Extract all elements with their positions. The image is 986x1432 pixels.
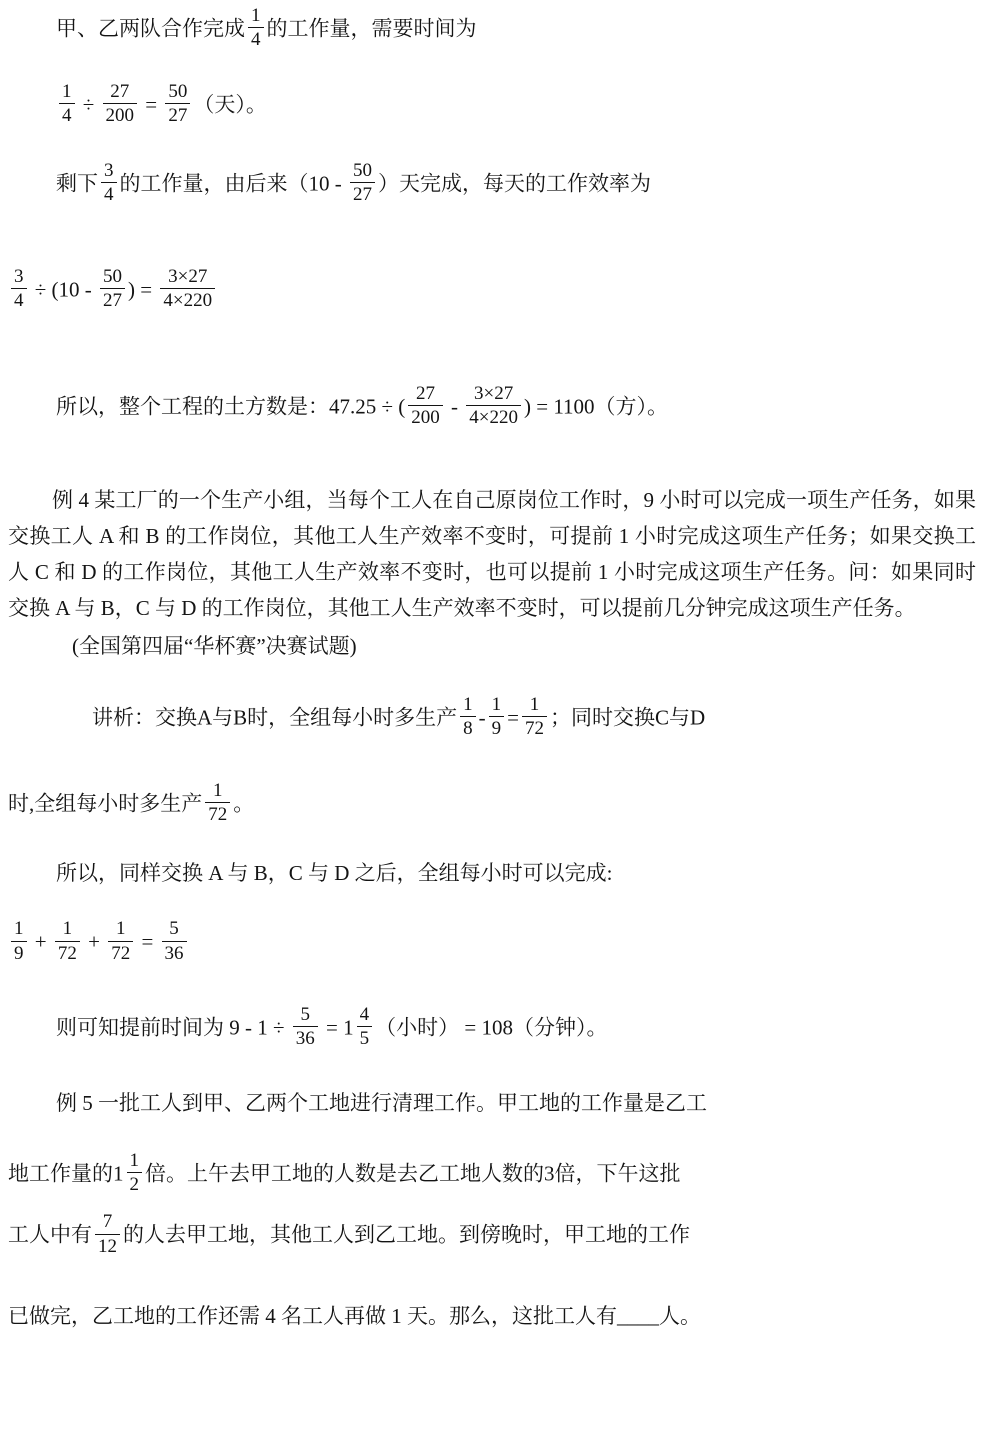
earthwork-total-line: 所以，整个工程的土方数是：47.25 ÷ (27200 - 3×274×220)… bbox=[8, 384, 978, 430]
text-run: 例 4 某工厂的一个生产小组，当每个工人在自己原岗位工作时，9 小时可以完成一项… bbox=[8, 488, 976, 620]
fraction-denominator: 12 bbox=[95, 1235, 120, 1257]
fraction-numerator: 1 bbox=[11, 918, 27, 941]
fraction-denominator: 9 bbox=[11, 942, 27, 964]
fraction-denominator: 4 bbox=[11, 289, 27, 311]
text-run: 时,全组每小时多生产 bbox=[8, 791, 202, 815]
remaining-work-line: 剩下34的工作量，由后来（10 - 5027）天完成，每天的工作效率为 bbox=[8, 161, 978, 207]
text-run: 的工作量，需要时间为 bbox=[267, 17, 477, 41]
fraction-numerator: 50 bbox=[165, 81, 190, 104]
text-run: 已做完，乙工地的工作还需 4 名工人再做 1 天。那么，这批工人有____人。 bbox=[8, 1304, 701, 1328]
fraction: 5027 bbox=[350, 160, 375, 206]
fraction-numerator: 1 bbox=[489, 694, 505, 717]
text-run: ；同时交换C与D bbox=[550, 706, 705, 730]
fraction-denominator: 27 bbox=[350, 183, 375, 205]
fraction: 45 bbox=[357, 1004, 373, 1050]
formula-daily-efficiency: 34 ÷ (10 - 5027) = 3×274×220 bbox=[8, 267, 978, 313]
fraction-numerator: 1 bbox=[248, 5, 264, 28]
fraction-numerator: 7 bbox=[95, 1211, 120, 1234]
text-run: = 1 bbox=[321, 1016, 354, 1040]
example-5-problem-line-2: 地工作量的112倍。上午去甲工地的人数是去乙工地人数的3倍，下午这批 bbox=[8, 1151, 978, 1197]
fraction: 34 bbox=[101, 160, 117, 206]
fraction-denominator: 36 bbox=[293, 1027, 318, 1049]
fraction-numerator: 3×27 bbox=[466, 383, 521, 406]
fraction: 536 bbox=[293, 1004, 318, 1050]
fraction-numerator: 1 bbox=[127, 1150, 143, 1173]
text-run: 则可知提前时间为 9 - 1 ÷ bbox=[56, 1016, 290, 1040]
example-5-problem-line-4: 已做完，乙工地的工作还需 4 名工人再做 1 天。那么，这批工人有____人。 bbox=[8, 1302, 978, 1330]
fraction-denominator: 4×220 bbox=[160, 289, 215, 311]
formula-hourly-rate-sum: 19 + 172 + 172 = 536 bbox=[8, 919, 978, 965]
fraction: 19 bbox=[11, 918, 27, 964]
text-run: ÷ (10 - bbox=[30, 277, 98, 301]
fraction-numerator: 3×27 bbox=[160, 266, 215, 289]
text-run: + bbox=[30, 930, 52, 954]
text-run: (全国第四届“华杯赛”决赛试题) bbox=[72, 634, 357, 658]
fraction-denominator: 27 bbox=[100, 289, 125, 311]
text-run: 所以，整个工程的土方数是：47.25 ÷ ( bbox=[56, 395, 405, 419]
text-run: 的工作量，由后来（10 - bbox=[120, 172, 348, 196]
fraction-denominator: 72 bbox=[522, 717, 547, 739]
fraction-numerator: 4 bbox=[357, 1004, 373, 1027]
fraction-numerator: 3 bbox=[101, 160, 117, 183]
text-run: 剩下 bbox=[56, 172, 98, 196]
document-page: 甲、乙两队合作完成14的工作量，需要时间为14 ÷ 27200 = 5027（天… bbox=[0, 0, 986, 1432]
cooperation-worktime-intro-line: 甲、乙两队合作完成14的工作量，需要时间为 bbox=[8, 6, 978, 52]
fraction-numerator: 1 bbox=[59, 81, 75, 104]
example-4-problem-paragraph: 例 4 某工厂的一个生产小组，当每个工人在自己原岗位工作时，9 小时可以完成一项… bbox=[8, 480, 978, 624]
fraction: 12 bbox=[127, 1150, 143, 1196]
fraction-denominator: 2 bbox=[127, 1173, 143, 1195]
fraction-numerator: 1 bbox=[205, 780, 230, 803]
fraction: 712 bbox=[95, 1211, 120, 1257]
fraction-denominator: 5 bbox=[357, 1027, 373, 1049]
fraction-denominator: 72 bbox=[108, 942, 133, 964]
example-5-problem-line-3: 工人中有712的人去甲工地，其他工人到乙工地。到傍晚时，甲工地的工作 bbox=[8, 1212, 978, 1258]
text-run: ）天完成，每天的工作效率为 bbox=[378, 172, 651, 196]
text-run: 倍。上午去甲工地的人数是去乙工地人数的3倍，下午这批 bbox=[145, 1161, 681, 1185]
fraction: 172 bbox=[108, 918, 133, 964]
fraction-denominator: 72 bbox=[205, 803, 230, 825]
fraction-denominator: 36 bbox=[162, 942, 187, 964]
fraction-denominator: 4 bbox=[101, 183, 117, 205]
fraction-numerator: 5 bbox=[162, 918, 187, 941]
fraction-numerator: 5 bbox=[293, 1004, 318, 1027]
text-run: = bbox=[140, 92, 162, 116]
fraction: 27200 bbox=[408, 383, 443, 429]
fraction-numerator: 3 bbox=[11, 266, 27, 289]
both-swaps-conclusion-line: 所以，同样交换 A 与 B，C 与 D 之后，全组每小时可以完成: bbox=[8, 859, 978, 887]
fraction: 172 bbox=[205, 780, 230, 826]
text-run: - bbox=[446, 395, 464, 419]
text-run: = bbox=[136, 930, 158, 954]
text-run: - bbox=[479, 706, 486, 730]
fraction-denominator: 72 bbox=[55, 942, 80, 964]
fraction-denominator: 27 bbox=[165, 104, 190, 126]
text-run: 。 bbox=[233, 791, 254, 815]
fraction-numerator: 27 bbox=[408, 383, 443, 406]
fraction: 5027 bbox=[100, 266, 125, 312]
fraction-numerator: 1 bbox=[460, 694, 476, 717]
text-run: 地工作量的1 bbox=[8, 1161, 124, 1185]
fraction-denominator: 200 bbox=[103, 104, 138, 126]
fraction: 3×274×220 bbox=[466, 383, 521, 429]
fraction: 34 bbox=[11, 266, 27, 312]
fraction-numerator: 50 bbox=[350, 160, 375, 183]
fraction-numerator: 1 bbox=[108, 918, 133, 941]
fraction: 14 bbox=[248, 5, 264, 51]
fraction-denominator: 4 bbox=[59, 104, 75, 126]
text-run: 所以，同样交换 A 与 B，C 与 D 之后，全组每小时可以完成: bbox=[56, 861, 613, 885]
fraction-numerator: 50 bbox=[100, 266, 125, 289]
text-run: （小时） = 108（分钟）。 bbox=[375, 1016, 607, 1040]
text-run: ) = 1100（方）。 bbox=[524, 395, 668, 419]
text-run: （天）。 bbox=[193, 92, 267, 116]
fraction-numerator: 1 bbox=[55, 918, 80, 941]
text-run: 例 5 一批工人到甲、乙两个工地进行清理工作。甲工地的工作量是乙工 bbox=[56, 1091, 707, 1115]
text-run: ) = bbox=[128, 277, 157, 301]
text-run: ÷ bbox=[78, 92, 100, 116]
time-saved-result-line: 则可知提前时间为 9 - 1 ÷ 536 = 145（小时） = 108（分钟）… bbox=[8, 1005, 978, 1051]
contest-source-line: (全国第四届“华杯赛”决赛试题) bbox=[8, 632, 978, 660]
analysis-swap-cd-line: 时,全组每小时多生产172。 bbox=[8, 781, 978, 827]
text-run: 讲析：交换A与B时，全组每小时多生产 bbox=[92, 706, 457, 730]
analysis-swap-ab-line: 讲析：交换A与B时，全组每小时多生产18-19=172；同时交换C与D bbox=[8, 695, 978, 741]
text-run: 工人中有 bbox=[8, 1223, 92, 1247]
fraction-denominator: 8 bbox=[460, 717, 476, 739]
fraction: 172 bbox=[55, 918, 80, 964]
fraction: 3×274×220 bbox=[160, 266, 215, 312]
text-run: 的人去甲工地，其他工人到乙工地。到傍晚时，甲工地的工作 bbox=[123, 1223, 690, 1247]
fraction-numerator: 27 bbox=[103, 81, 138, 104]
fraction: 5027 bbox=[165, 81, 190, 127]
fraction: 536 bbox=[162, 918, 187, 964]
formula-days-result: 14 ÷ 27200 = 5027（天）。 bbox=[8, 82, 978, 128]
fraction: 19 bbox=[489, 694, 505, 740]
text-run: 甲、乙两队合作完成 bbox=[56, 17, 245, 41]
text-run: = bbox=[507, 706, 519, 730]
fraction: 172 bbox=[522, 694, 547, 740]
fraction: 27200 bbox=[103, 81, 138, 127]
fraction-denominator: 200 bbox=[408, 406, 443, 428]
fraction-denominator: 9 bbox=[489, 717, 505, 739]
text-run: + bbox=[83, 930, 105, 954]
fraction-denominator: 4 bbox=[248, 28, 264, 50]
example-5-problem-line-1: 例 5 一批工人到甲、乙两个工地进行清理工作。甲工地的工作量是乙工 bbox=[8, 1089, 978, 1117]
fraction: 18 bbox=[460, 694, 476, 740]
fraction: 14 bbox=[59, 81, 75, 127]
fraction-denominator: 4×220 bbox=[466, 406, 521, 428]
fraction-numerator: 1 bbox=[522, 694, 547, 717]
